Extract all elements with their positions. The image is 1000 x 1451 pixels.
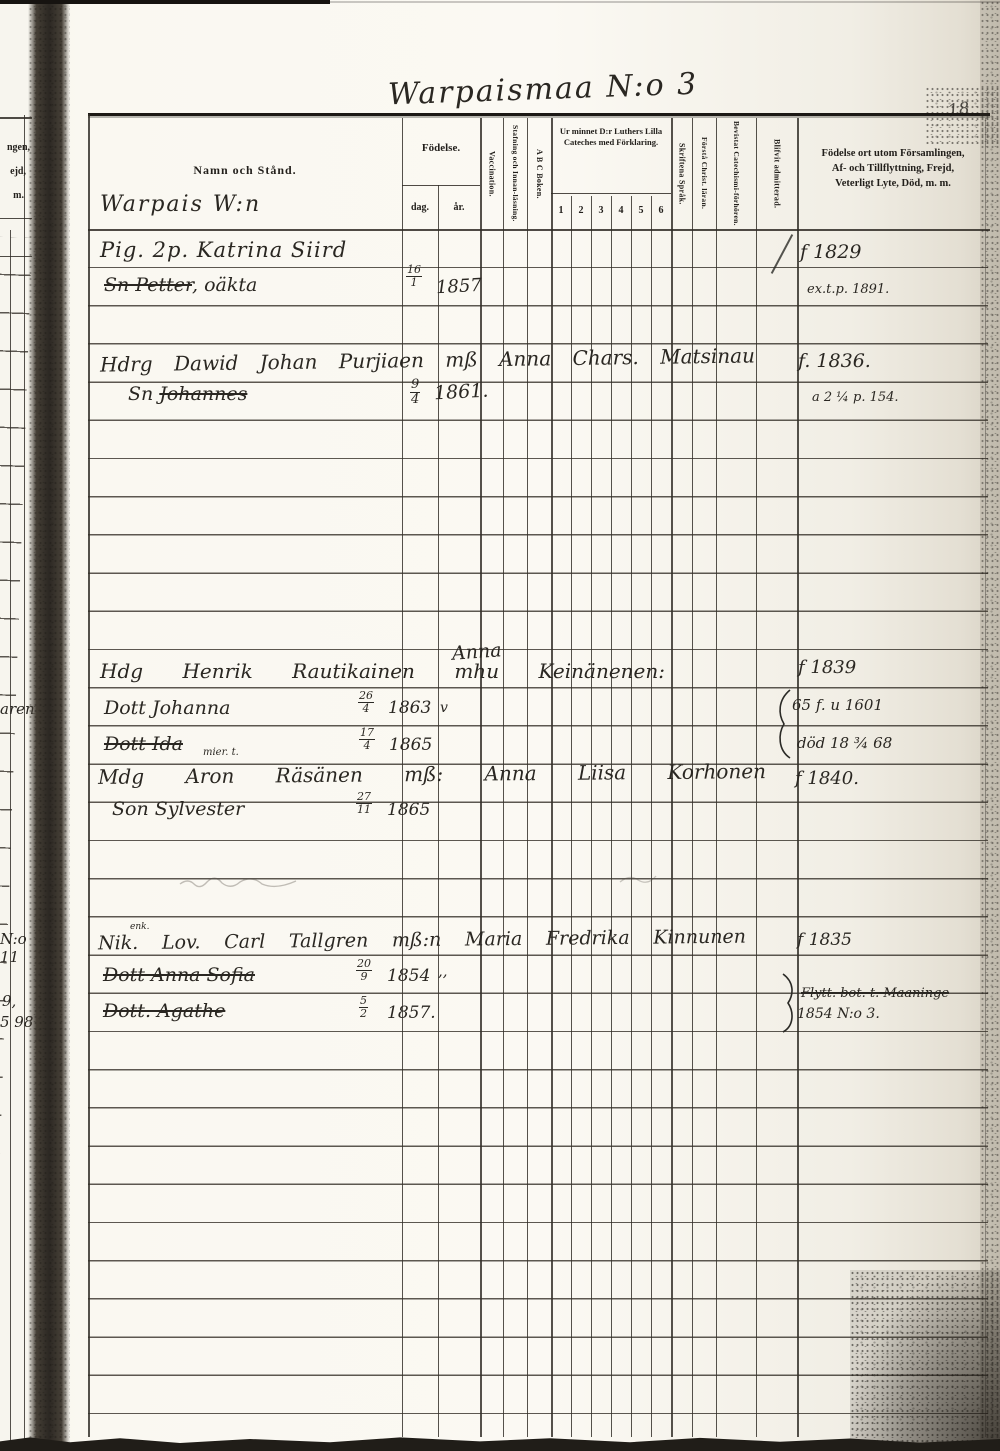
header-birth-group: Födelse. xyxy=(402,142,480,154)
header-notes-column-line3: Veterligt Lyte, Död, m. m. xyxy=(797,178,989,189)
catechism-col-number: 2 xyxy=(571,205,591,216)
header-catechism-group: Ur minnet D:r Luthers Lilla Cateches med… xyxy=(553,126,669,148)
header-vaccination: Vaccination. xyxy=(481,120,502,227)
entry-child-name: Dott. Agathe xyxy=(103,1000,225,1022)
margin-note: a 2 ¼ p. 154. xyxy=(812,390,899,405)
page-fragment: m. xyxy=(0,190,24,201)
header-name-column: Namn och Stånd. xyxy=(88,163,402,178)
header-admitted: Blifvit admitterad. xyxy=(757,120,796,227)
birth-day-fraction: 2711 xyxy=(356,791,372,815)
superscript-annotation: mier. t. xyxy=(203,747,239,758)
catechism-col-number: 4 xyxy=(611,205,631,216)
page-fragment: 9, xyxy=(2,992,16,1010)
handwritten-village-name: Warpais W:n xyxy=(100,192,261,217)
margin-note: f 1829 xyxy=(800,241,861,263)
entry-head-name: Hdg Henrik Rautikainen mhu Keinänenen: xyxy=(100,659,665,683)
birth-day-fraction: 52 xyxy=(359,995,368,1019)
child-name-rest: , oäkta xyxy=(192,274,257,296)
margin-note: f 1840. xyxy=(795,768,859,789)
page-top-edge xyxy=(330,1,1000,3)
entry-child-name: Sn Petter, oäkta xyxy=(104,274,257,296)
birth-year: 1857. xyxy=(387,1003,436,1023)
entry-child-name: Dott Ida xyxy=(104,733,183,755)
ditto-mark: ,, xyxy=(438,962,448,980)
ruled-lines xyxy=(88,230,988,1437)
margin-note: död 18 ¾ 68 xyxy=(797,734,892,752)
entry-child-name: Dott Johanna xyxy=(104,697,230,719)
brace-flourish xyxy=(774,688,794,760)
faint-smudge xyxy=(178,876,298,890)
catechism-subheader-line xyxy=(551,193,671,194)
check-mark: v xyxy=(440,700,448,716)
struck-text: Sn Petter xyxy=(104,274,192,296)
bottom-right-shadow xyxy=(850,1270,1000,1451)
child-name-pre: Sn xyxy=(128,383,159,405)
header-notes-column-line1: Födelse ort utom Församlingen, xyxy=(797,148,989,159)
book-gutter-texture xyxy=(28,0,70,1451)
brace-flourish xyxy=(779,972,797,1034)
page-top-edge xyxy=(0,0,330,4)
header-christian-doctrine: Förstå Christ. läran. xyxy=(693,120,715,227)
catechism-col-number: 1 xyxy=(551,205,571,216)
birth-year: 1861. xyxy=(433,380,488,405)
table-top-border xyxy=(88,113,990,116)
margin-note: ex.t.p. 1891. xyxy=(807,282,889,297)
birth-year: 1863 xyxy=(388,698,431,718)
entry-child-name: Dott Anna Sofia xyxy=(103,964,255,986)
birth-subheader-line xyxy=(402,185,480,186)
catechism-col-number: 3 xyxy=(591,205,611,216)
margin-note: f 1835 xyxy=(797,930,852,950)
margin-note: 1854 N:o 3. xyxy=(797,1006,880,1022)
entry-child-name: Sn Johannes xyxy=(128,383,247,405)
header-spelling-reading: Stafning och Innan-läsning. xyxy=(504,120,526,227)
page-fragment: ejd, xyxy=(0,166,26,177)
header-abc-book: A B C Boken. xyxy=(528,120,550,227)
birth-year: 1857 xyxy=(435,275,482,298)
birth-day-fraction: 94 xyxy=(410,378,420,406)
scanned-parish-register-page: ngen, ejd, m. aren N:o 11 9, 5 98 Warpai… xyxy=(0,0,1000,1451)
entry-head-name: Pig. 2p. Katrina Siird xyxy=(100,238,347,262)
page-fragment: ngen, xyxy=(0,142,30,153)
catechism-col-number: 5 xyxy=(631,205,651,216)
birth-year: 1865 xyxy=(387,800,430,820)
header-catechism-meetings: Bevistat Catechismi-förhören. xyxy=(717,120,755,227)
header-birth-year: år. xyxy=(438,202,480,213)
header-scripture-language: Skriftena Språk. xyxy=(672,120,691,227)
handwritten-page-title: Warpaismaa N:o 3 xyxy=(387,67,698,113)
birth-year: 1854 xyxy=(387,966,430,986)
birth-day-fraction: 174 xyxy=(359,727,375,751)
margin-note: f. 1836. xyxy=(798,350,871,372)
faint-smudge xyxy=(618,873,658,885)
catechism-col-number: 6 xyxy=(651,205,671,216)
header-birth-day: dag. xyxy=(402,202,438,213)
birth-year: 1865 xyxy=(389,735,432,755)
superscript-annotation: enk. xyxy=(130,922,149,932)
margin-note: 65 f. u 1601 xyxy=(792,696,883,714)
entry-child-name: Son Sylvester xyxy=(112,798,244,820)
header-notes-column-line2: Af- och Tillflyttning, Frejd, xyxy=(797,163,989,174)
right-edge-noise xyxy=(980,0,1000,1451)
birth-day-fraction: 209 xyxy=(356,958,372,982)
birth-day-fraction: 264 xyxy=(358,690,374,714)
birth-day-fraction: 161 xyxy=(406,264,422,288)
margin-note: f 1839 xyxy=(798,657,856,678)
struck-text: Johannes xyxy=(159,383,247,405)
margin-note-struck: Flytt. bot. t. Maaninge xyxy=(801,986,949,1001)
